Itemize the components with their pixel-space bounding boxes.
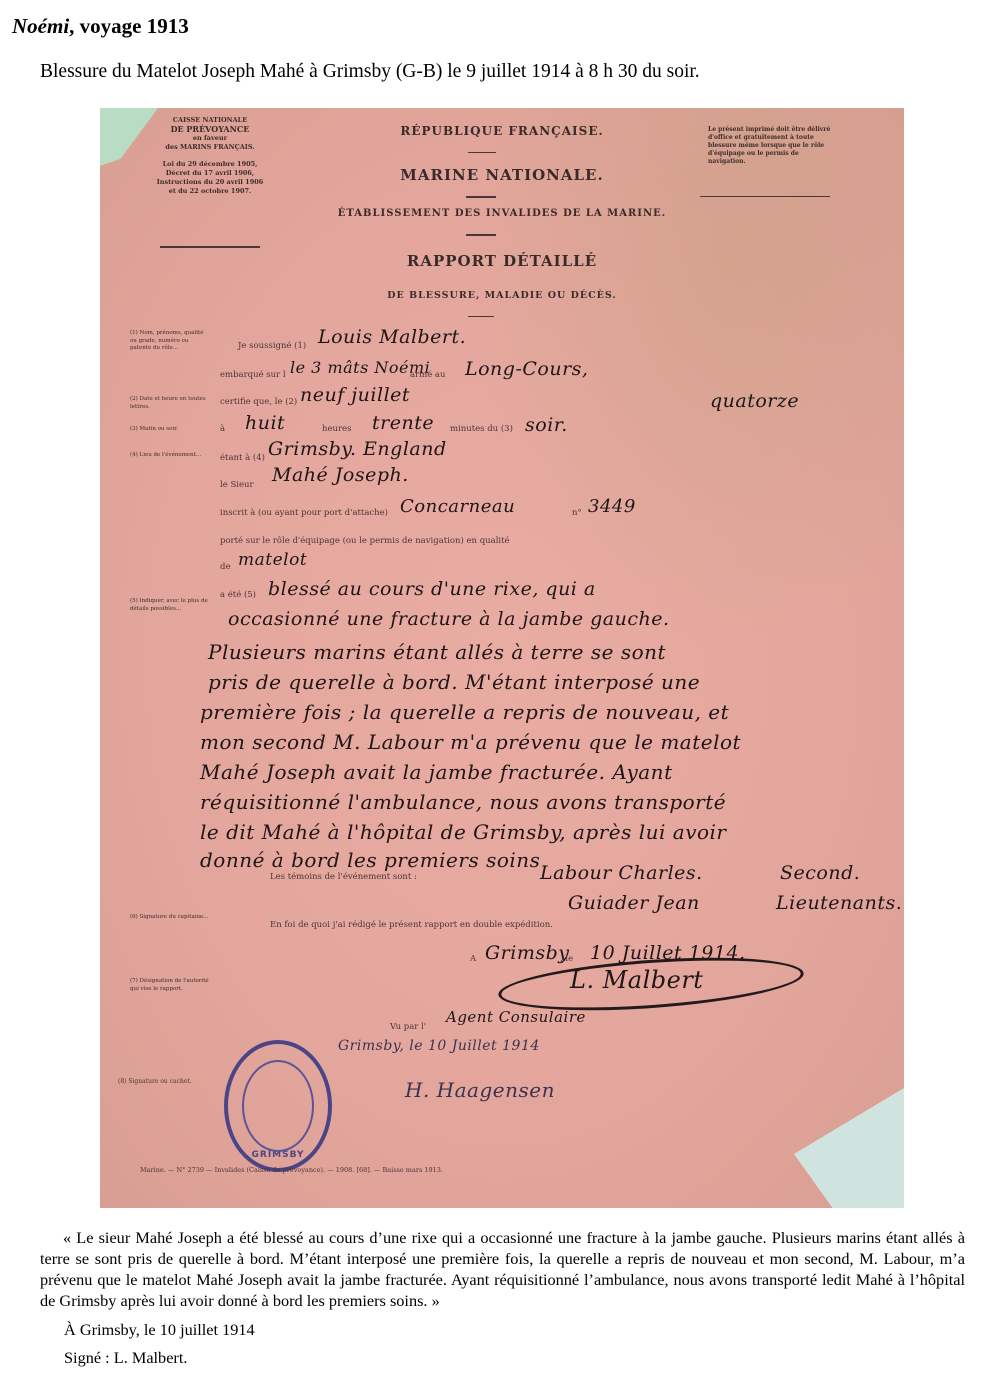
margin-note: (7) Désignation de l'autorité qui vise l… [130, 978, 210, 993]
report-title: RAPPORT DÉTAILLÉ [100, 252, 904, 270]
label-hours: heures [322, 424, 351, 434]
divider [468, 316, 494, 317]
hw-year: quatorze [710, 390, 799, 412]
hw-undersigned: Louis Malbert. [318, 326, 466, 348]
label-registered: inscrit à (ou ayant pour port d'attache) [220, 508, 388, 518]
left-box-line: et du 22 octobre 1907. [140, 187, 280, 196]
stamp-text: GRIMSBY [228, 1150, 328, 1160]
hw-signature: L. Malbert [570, 966, 703, 994]
divider [466, 196, 496, 198]
label-seal: (8) Signature ou cachet. [118, 1078, 192, 1085]
narrative-line: blessé au cours d'une rixe, qui a [268, 578, 596, 600]
hw-consul-place-date: Grimsby, le 10 Juillet 1914 [338, 1038, 540, 1054]
divider [160, 246, 260, 248]
label-witnesses: Les témoins de l'événement sont : [270, 872, 417, 882]
narrative-line: le dit Mahé à l'hôpital de Grimsby, aprè… [200, 820, 727, 844]
label-certifies: certifie que, le (2) [220, 397, 297, 407]
hw-sieur: Mahé Joseph. [272, 464, 409, 486]
narrative-line: Plusieurs marins étant allés à terre se … [208, 640, 666, 664]
label-seen-by: Vu par l' [390, 1022, 426, 1032]
hw-sign-place: Grimsby [485, 942, 570, 964]
transcription-signature: Signé : L. Malbert. [64, 1348, 187, 1368]
hw-witness-1-role: Second. [780, 862, 860, 884]
label-on: , le [560, 954, 573, 964]
hw-seen-by: Agent Consulaire [446, 1008, 586, 1026]
left-box-line: des MARINS FRANÇAIS. [140, 143, 280, 152]
label-embarked: embarqué sur l [220, 370, 286, 380]
hw-consul-signature: H. Haagensen [405, 1078, 555, 1102]
caption: Blessure du Matelot Joseph Mahé à Grimsb… [40, 61, 700, 83]
margin-note: (5) Indiquer, avec le plus de détails po… [130, 598, 210, 613]
label-sieur: le Sieur [220, 480, 254, 490]
hw-reg-number: 3449 [588, 496, 636, 517]
margin-note: (1) Nom, prénoms, qualité ou grade, numé… [130, 330, 210, 353]
ship-name: Noémi [12, 14, 69, 38]
consulate-stamp: GRIMSBY [224, 1040, 332, 1172]
marine-heading: MARINE NATIONALE. [100, 166, 904, 184]
margin-note: (2) Date et heure en toutes lettres. [130, 396, 210, 411]
folded-corner-bottom-right [794, 1088, 904, 1208]
label-in-faith: En foi de quoi j'ai rédigé le présent ra… [270, 920, 553, 930]
narrative-line: occasionné une fracture à la jambe gauch… [228, 608, 670, 630]
transcription-place-date: À Grimsby, le 10 juillet 1914 [64, 1320, 255, 1340]
establishment-heading: ÉTABLISSEMENT DES INVALIDES DE LA MARINE… [100, 208, 904, 219]
narrative-line: réquisitionné l'ambulance, nous avons tr… [200, 790, 726, 814]
label-at-hour: à [220, 424, 225, 434]
label-has-been: a été (5) [220, 590, 256, 600]
republic-heading: RÉPUBLIQUE FRANÇAISE. [100, 124, 904, 138]
label-undersigned: Je soussigné (1) [238, 341, 306, 351]
hw-registered-at: Concarneau [400, 496, 515, 517]
narrative-line: première fois ; la querelle a repris de … [200, 700, 729, 724]
hw-date: neuf juillet [300, 384, 410, 406]
voyage-label: , voyage 1913 [69, 14, 189, 38]
label-minutes: minutes du (3) [450, 424, 513, 434]
hw-place: Grimsby. England [268, 438, 447, 460]
divider [700, 196, 830, 197]
narrative-line: donné à bord les premiers soins [200, 848, 540, 872]
margin-note: (6) Signature du capitaine... [130, 914, 210, 922]
narrative-line: Mahé Joseph avait la jambe fracturée. Ay… [200, 760, 673, 784]
narrative-line: mon second M. Labour m'a prévenu que le … [200, 730, 741, 754]
label-as: armé au [410, 370, 445, 380]
hw-hour: huit [245, 412, 285, 434]
label-being: étant à (4) [220, 453, 265, 463]
divider [466, 234, 496, 236]
hw-witness-2: Guiader Jean [568, 892, 700, 914]
margin-note: (3) Matin ou soir. [130, 426, 210, 434]
hw-minutes: trente [372, 412, 434, 434]
label-number: n° [572, 508, 582, 518]
label-at: A [470, 954, 476, 964]
transcription-quote: « Le sieur Mahé Joseph a été blessé au c… [40, 1227, 965, 1311]
report-subtitle: DE BLESSURE, MALADIE OU DÉCÈS. [100, 290, 904, 301]
transcription: « Le sieur Mahé Joseph a été blessé au c… [40, 1227, 965, 1311]
hw-witness-1: Labour Charles. [540, 862, 703, 884]
hw-period: soir. [525, 414, 568, 436]
hw-rank: matelot [238, 550, 307, 570]
form-footer: Marine. — N° 2739 — Invalides (Caisse de… [140, 1166, 443, 1174]
label-listed: porté sur le rôle d'équipage (ou le perm… [220, 536, 510, 546]
margin-note: (4) Lieu de l'événement... [130, 452, 210, 460]
narrative-line: pris de querelle à bord. M'étant interpo… [208, 670, 700, 694]
label-of: de [220, 562, 230, 572]
hw-armed-at: Long-Cours, [465, 358, 588, 380]
document-photo: CAISSE NATIONALE DE PRÉVOYANCE en faveur… [100, 108, 904, 1208]
divider [468, 152, 496, 153]
hw-witness-2-role: Lieutenants. [776, 892, 902, 914]
page-title: Noémi, voyage 1913 [12, 14, 189, 39]
